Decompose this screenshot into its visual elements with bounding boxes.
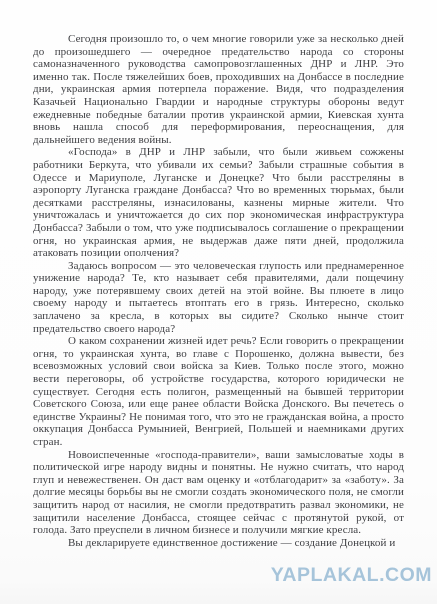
paragraph-2: «Господа» в ДНР и ЛНР забыли, что были ж… <box>33 146 404 259</box>
paragraph-1: Сегодня произошло то, о чем многие говор… <box>33 33 404 146</box>
yaplakal-watermark: YAPLAKAL.COM <box>271 564 432 587</box>
paragraph-6: Вы декларируете единственное достижение … <box>33 537 404 550</box>
scanned-document-page: Сегодня произошло то, о чем многие говор… <box>0 0 437 604</box>
paragraph-5: Новоиспеченные «господа-правители», ваши… <box>33 449 404 537</box>
paragraph-3: Задаюсь вопросом — это человеческая глуп… <box>33 260 404 336</box>
document-text: Сегодня произошло то, о чем многие говор… <box>33 33 404 549</box>
paragraph-4: О каком сохранении жизней идет речь? Есл… <box>33 335 404 448</box>
